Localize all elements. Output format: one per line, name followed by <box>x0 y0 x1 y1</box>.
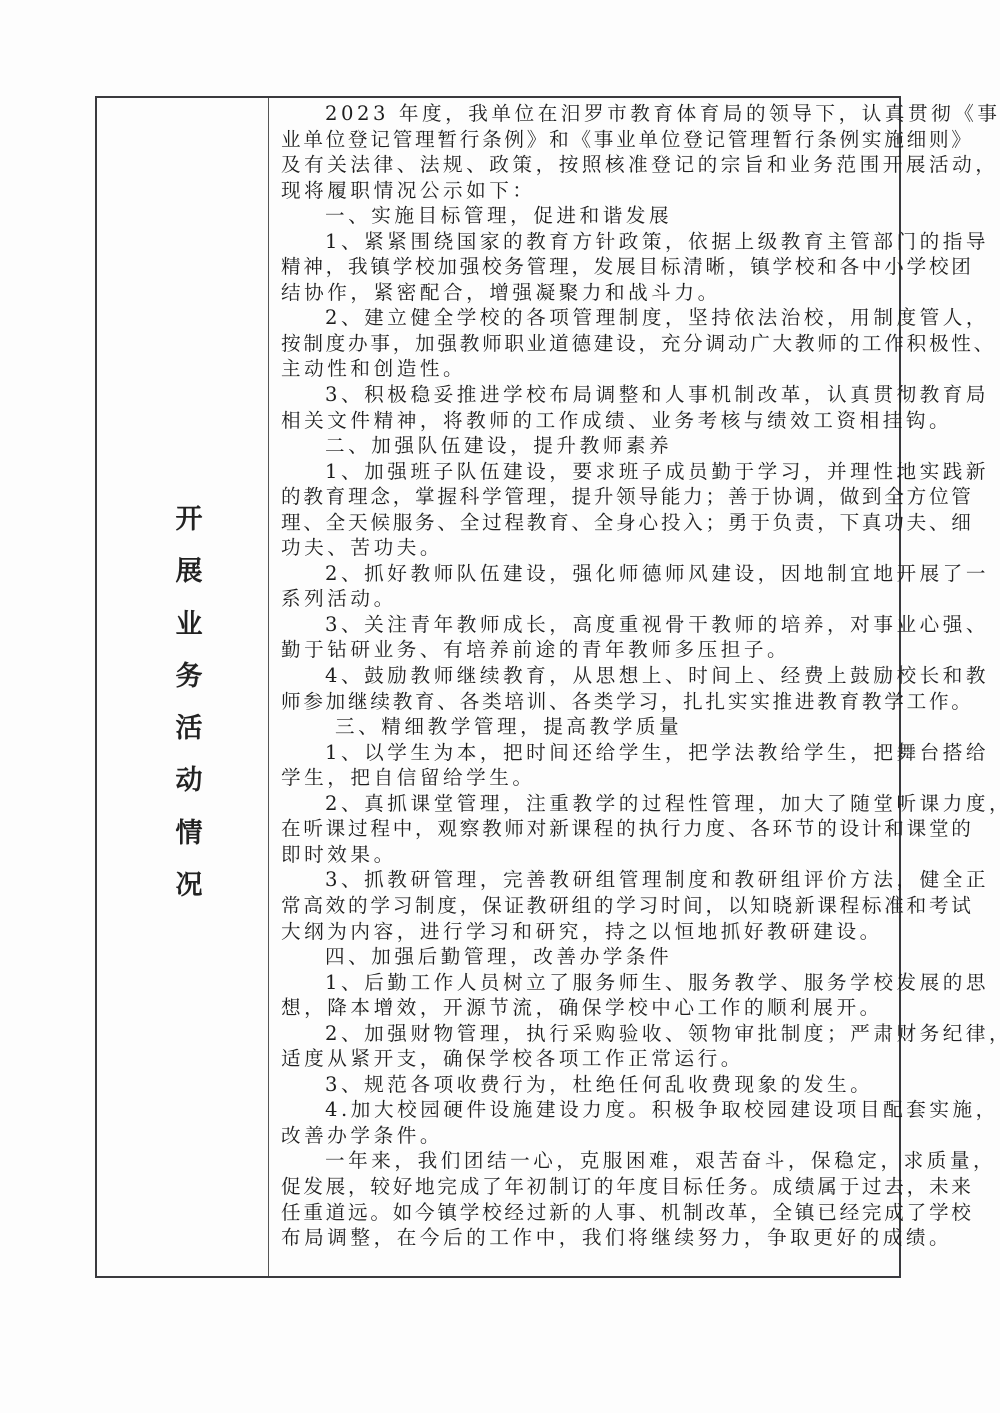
report-line: 适度从紧开支，确保学校各项工作正常运行。 <box>281 1046 896 1072</box>
report-line: 大纲为内容，进行学习和研究，持之以恒地抓好教研建设。 <box>281 919 896 945</box>
report-line: 2、真抓课堂管理，注重教学的过程性管理，加大了随堂听课力度， <box>281 791 896 817</box>
activity-report-table: 开 展 业 务 活 动 情 况 2023 年度，我单位在汨罗市教育体育局的领导下… <box>95 96 901 1278</box>
report-line: 1、后勤工作人员树立了服务师生、服务教学、服务学校发展的思 <box>281 970 896 996</box>
report-line: 3、规范各项收费行为，杜绝任何乱收费现象的发生。 <box>281 1072 896 1098</box>
report-line: 一、实施目标管理，促进和谐发展 <box>281 203 896 229</box>
report-line: 1、紧紧围绕国家的教育方针政策，依据上级教育主管部门的指导 <box>281 229 896 255</box>
report-body: 2023 年度，我单位在汨罗市教育体育局的领导下，认真贯彻《事业单位登记管理暂行… <box>281 101 896 1251</box>
section-label-char: 活 <box>164 703 203 755</box>
report-line: 4、鼓励教师继续教育，从思想上、时间上、经费上鼓励校长和教 <box>281 663 896 689</box>
report-line: 四、加强后勤管理，改善办学条件 <box>281 944 896 970</box>
report-line: 即时效果。 <box>281 842 896 868</box>
section-label-char: 开 <box>164 494 203 546</box>
report-line: 师参加继续教育、各类培训、各类学习，扎扎实实推进教育教学工作。 <box>281 689 896 715</box>
report-line: 改善办学条件。 <box>281 1123 896 1149</box>
report-line: 2、抓好教师队伍建设，强化师德师风建设，因地制宜地开展了一 <box>281 561 896 587</box>
report-line: 2023 年度，我单位在汨罗市教育体育局的领导下，认真贯彻《事 <box>281 101 896 127</box>
report-line: 布局调整，在今后的工作中，我们将继续努力，争取更好的成绩。 <box>281 1225 896 1251</box>
section-label-char: 动 <box>164 755 203 807</box>
report-line: 结协作，紧密配合，增强凝聚力和战斗力。 <box>281 280 896 306</box>
report-line: 3、积极稳妥推进学校布局调整和人事机制改革，认真贯彻教育局 <box>281 382 896 408</box>
section-label: 开 展 业 务 活 动 情 况 <box>97 494 269 912</box>
section-label-cell: 开 展 业 务 活 动 情 况 <box>97 98 269 1276</box>
report-line: 一年来，我们团结一心，克服困难，艰苦奋斗，保稳定，求质量， <box>281 1148 896 1174</box>
report-line: 主动性和创造性。 <box>281 356 896 382</box>
report-line: 2、加强财物管理，执行采购验收、领物审批制度；严肃财务纪律， <box>281 1021 896 1047</box>
report-line: 学生，把自信留给学生。 <box>281 765 896 791</box>
report-line: 2、建立健全学校的各项管理制度，坚持依法治校，用制度管人， <box>281 305 896 331</box>
report-line: 相关文件精神，将教师的工作成绩、业务考核与绩效工资相挂钩。 <box>281 408 896 434</box>
report-line: 勤于钻研业务、有培养前途的青年教师多压担子。 <box>281 637 896 663</box>
report-line: 业单位登记管理暂行条例》和《事业单位登记管理暂行条例实施细则》 <box>281 127 896 153</box>
report-line: 按制度办事，加强教师职业道德建设，充分调动广大教师的工作积极性、 <box>281 331 896 357</box>
report-line: 在听课过程中，观察教师对新课程的执行力度、各环节的设计和课堂的 <box>281 816 896 842</box>
report-line: 及有关法律、法规、政策，按照核准登记的宗旨和业务范围开展活动， <box>281 152 896 178</box>
report-line: 三、精细教学管理，提高教学质量 <box>281 714 896 740</box>
report-line: 理、全天候服务、全过程教育、全身心投入；勇于负责，下真功夫、细 <box>281 510 896 536</box>
report-line: 二、加强队伍建设，提升教师素养 <box>281 433 896 459</box>
report-line: 1、加强班子队伍建设，要求班子成员勤于学习，并理性地实践新 <box>281 459 896 485</box>
report-line: 任重道远。如今镇学校经过新的人事、机制改革，全镇已经完成了学校 <box>281 1200 896 1226</box>
report-line: 现将履职情况公示如下： <box>281 178 896 204</box>
section-label-char: 情 <box>164 808 203 860</box>
report-line: 常高效的学习制度，保证教研组的学习时间，以知晓新课程标准和考试 <box>281 893 896 919</box>
section-label-char: 务 <box>164 651 203 703</box>
section-label-char: 况 <box>164 860 203 912</box>
report-content-cell: 2023 年度，我单位在汨罗市教育体育局的领导下，认真贯彻《事业单位登记管理暂行… <box>269 98 899 1276</box>
report-line: 促发展，较好地完成了年初制订的年度目标任务。成绩属于过去，未来 <box>281 1174 896 1200</box>
report-line: 功夫、苦功夫。 <box>281 535 896 561</box>
report-line: 3、抓教研管理，完善教研组管理制度和教研组评价方法，健全正 <box>281 867 896 893</box>
report-line: 3、关注青年教师成长，高度重视骨干教师的培养，对事业心强、 <box>281 612 896 638</box>
report-line: 系列活动。 <box>281 586 896 612</box>
section-label-char: 业 <box>164 599 203 651</box>
section-label-char: 展 <box>164 546 203 598</box>
report-line: 的教育理念，掌握科学管理，提升领导能力；善于协调，做到全方位管 <box>281 484 896 510</box>
report-line: 4.加大校园硬件设施建设力度。积极争取校园建设项目配套实施， <box>281 1097 896 1123</box>
report-line: 想，降本增效，开源节流，确保学校中心工作的顺利展开。 <box>281 995 896 1021</box>
report-line: 1、以学生为本，把时间还给学生，把学法教给学生，把舞台搭给 <box>281 740 896 766</box>
report-line: 精神，我镇学校加强校务管理，发展目标清晰，镇学校和各中小学校团 <box>281 254 896 280</box>
